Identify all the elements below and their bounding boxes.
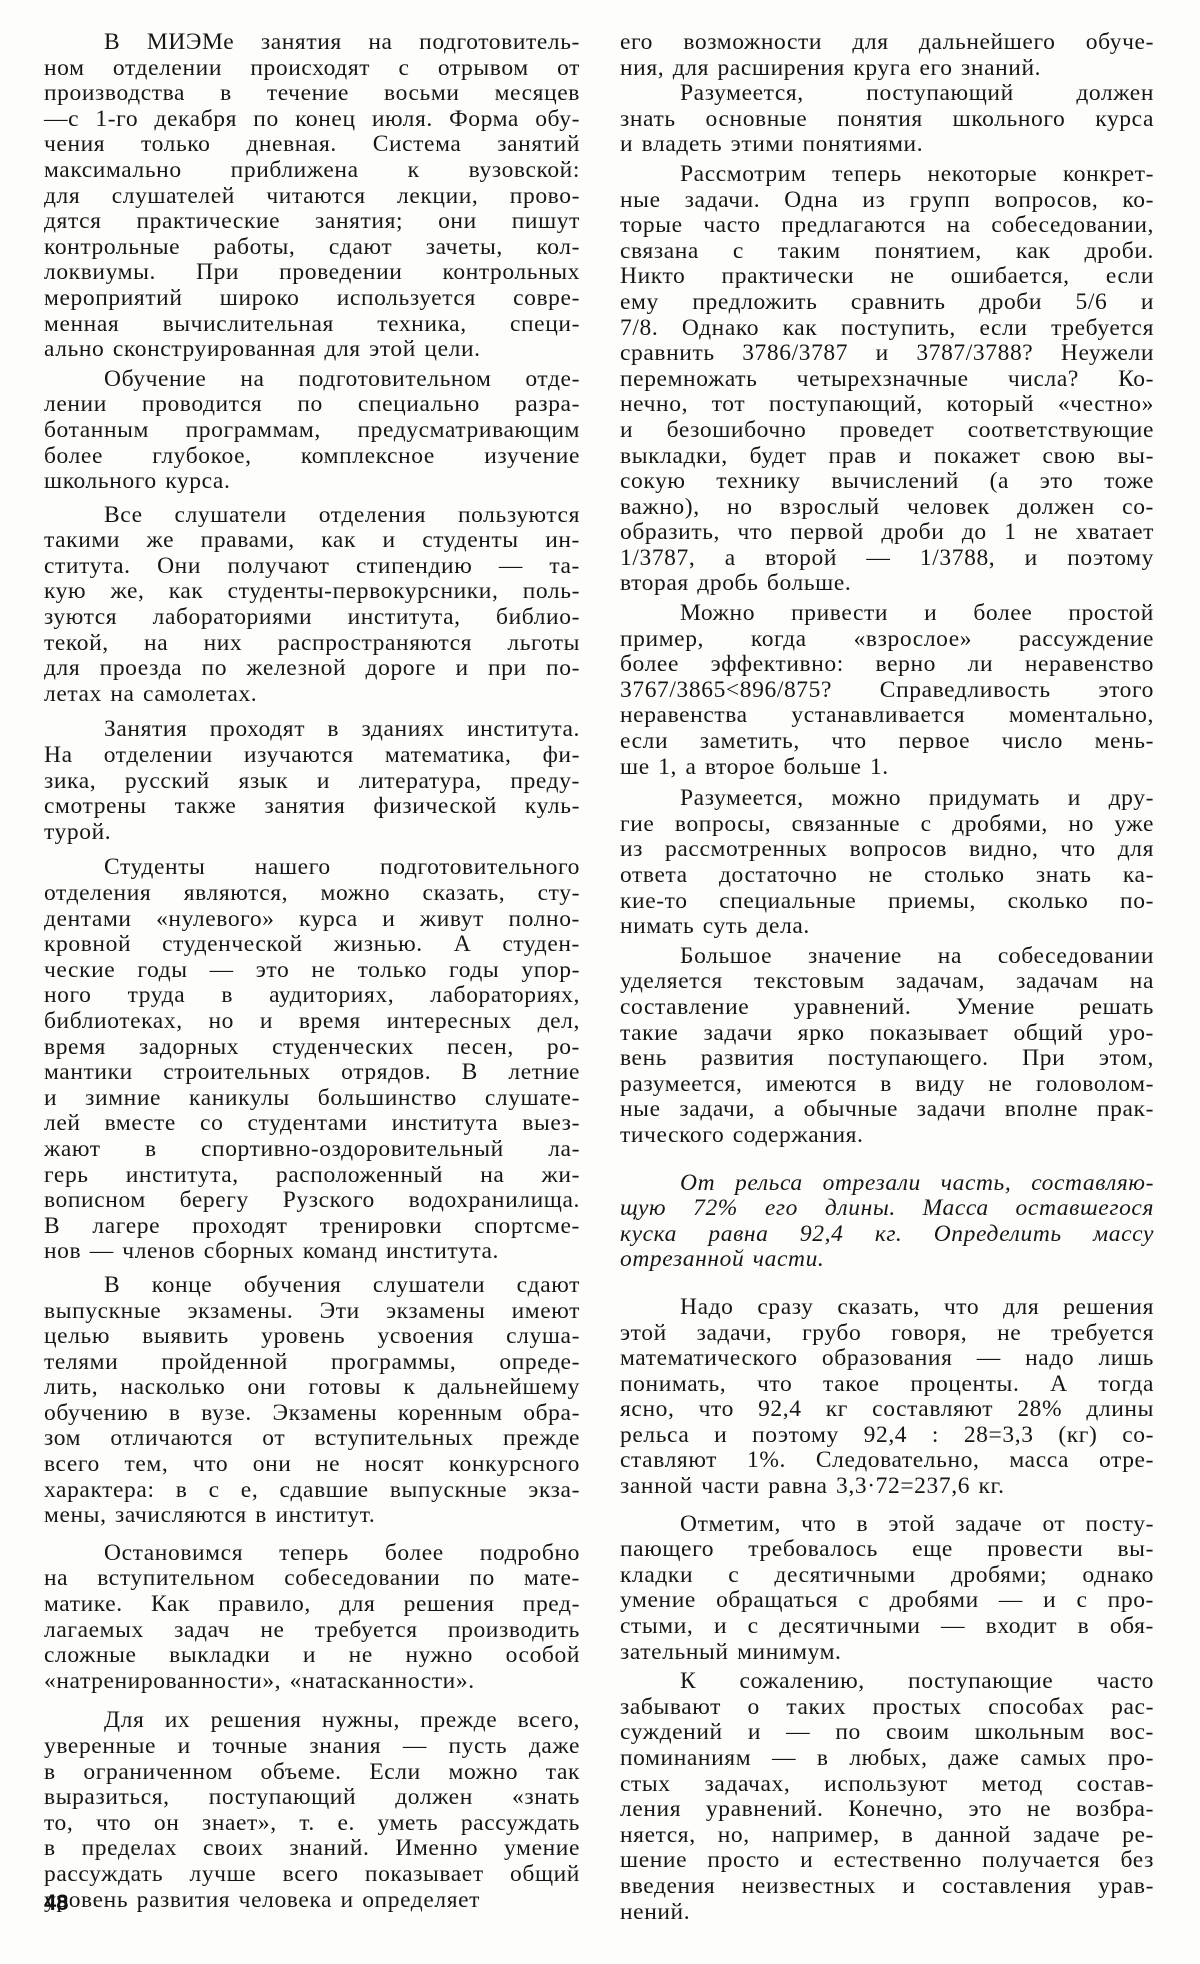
text-line: чения только дневная. Система занятий (44, 132, 580, 158)
text-line: в ограниченном объеме. Если можно так (44, 1760, 580, 1786)
text-line: Никто практически не ошибается, если (620, 264, 1154, 290)
text-line: матике. Как правило, для решения пред- (44, 1592, 580, 1618)
text-line: суждений и — по своим школьным вос- (620, 1720, 1154, 1746)
text-line: ные задачи, а обычные задачи вполне прак… (620, 1097, 1154, 1123)
text-line: ления уравнений. Конечно, это не возбра- (620, 1797, 1154, 1823)
text-line: ясно, что 92,4 кг составляют 28% длины (620, 1397, 1154, 1423)
text-line: обучению в вузе. Экзамены коренным обра- (44, 1401, 580, 1427)
text-line: ные задачи. Одна из групп вопросов, ко- (620, 188, 1154, 214)
text-line: ном отделении происходят с отрывом от (44, 56, 580, 82)
text-line: К сожалению, поступающие часто (620, 1669, 1154, 1695)
text-line: Разумеется, поступающий должен (620, 81, 1154, 107)
text-line: кровной студенческой жизнью. А студен- (44, 932, 580, 958)
text-line: его возможности для дальнейшего обуче- (620, 30, 1154, 56)
text-line: 3767/3865<896/875? Справедливость этого (620, 678, 1154, 704)
right-column: его возможности для дальнейшего обуче-ни… (620, 30, 1154, 1925)
text-line: связана с таким понятием, как дроби. (620, 239, 1154, 265)
text-line: Все слушатели отделения пользуются (44, 503, 580, 529)
paragraph: Студенты нашего подготовительногоотделен… (44, 855, 580, 1265)
text-line: От рельса отрезали часть, составляю- (620, 1171, 1154, 1197)
text-line: нов — членов сборных команд института. (44, 1239, 580, 1265)
text-line: нимать суть дела. (620, 914, 1154, 940)
text-line: стыми, и с десятичными — входит в обя- (620, 1614, 1154, 1640)
paragraph-gap (620, 1500, 1154, 1512)
text-line: 7/8. Однако как поступить, если требуетс… (620, 316, 1154, 342)
problem-statement: От рельса отрезали часть, составляю-щую … (620, 1171, 1154, 1273)
text-line: мены, зачисляются в институт. (44, 1503, 580, 1529)
text-line: Занятия проходят в зданиях института. (44, 717, 580, 743)
text-line: вописном берегу Рузского водохранилища. (44, 1188, 580, 1214)
paragraph-gap (620, 1273, 1154, 1295)
text-line: перемножать четырехзначные числа? Ко- (620, 367, 1154, 393)
text-line: куска равна 92,4 кг. Определить массу (620, 1222, 1154, 1248)
text-line: математического образования — надо лишь (620, 1346, 1154, 1372)
text-line: 1/3787, а второй — 1/3788, и поэтому (620, 546, 1154, 572)
text-line: важно), но взрослый человек должен со- (620, 495, 1154, 521)
paragraph: его возможности для дальнейшего обуче-ни… (620, 30, 1154, 81)
text-line: пример, когда «взрослое» рассуждение (620, 627, 1154, 653)
text-line: ческие годы — это не только годы упор- (44, 958, 580, 984)
text-line: зика, русский язык и литература, преду- (44, 769, 580, 795)
text-line: вторая дробь больше. (620, 571, 1154, 597)
text-line: и безошибочно проведет соответствующие (620, 418, 1154, 444)
text-line: телями пройденной программы, опреде- (44, 1350, 580, 1376)
text-line: поминаниям — в любых, даже самых про- (620, 1746, 1154, 1772)
text-line: стых задачах, используют метод состав- (620, 1772, 1154, 1798)
text-line: ше 1, а второе больше 1. (620, 755, 1154, 781)
text-line: летах на самолетах. (44, 682, 580, 708)
text-line: ного труда в аудиториях, лабораториях, (44, 983, 580, 1009)
text-line: ально сконструированная для этой цели. (44, 337, 580, 363)
paragraph: Все слушатели отделения пользуютсятакими… (44, 503, 580, 708)
text-line: Большое значение на собеседовании (620, 944, 1154, 970)
text-line: на вступительном собеседовании по мате- (44, 1566, 580, 1592)
text-line: выкладки, будет прав и покажет свою вы- (620, 444, 1154, 470)
text-line: Разумеется, можно придумать и дру- (620, 786, 1154, 812)
text-line: сложные выкладки и не нужно особой (44, 1643, 580, 1669)
text-line: школьного курса. (44, 469, 580, 495)
text-line: ботанным программам, предусматривающим (44, 418, 580, 444)
left-column: В МИЭМе занятия на подготовитель-ном отд… (44, 30, 580, 1913)
text-line: мантики строительных отрядов. В летние (44, 1060, 580, 1086)
paragraph: К сожалению, поступающие частозабывают о… (620, 1669, 1154, 1925)
text-line: менная вычислительная техника, специ- (44, 312, 580, 338)
paragraph-gap (44, 1694, 580, 1708)
text-line: зом отличаются от вступительных прежде (44, 1426, 580, 1452)
text-line: в пределах своих знаний. Именно умение (44, 1836, 580, 1862)
paragraph: В МИЭМе занятия на подготовитель-ном отд… (44, 30, 580, 363)
text-line: вень развития поступающего. При этом, (620, 1046, 1154, 1072)
text-line: В МИЭМе занятия на подготовитель- (44, 30, 580, 56)
text-line: Можно привести и более простой (620, 601, 1154, 627)
text-line: няется, но, например, в данной задаче ре… (620, 1823, 1154, 1849)
text-line: уверенные и точные знания — пусть даже (44, 1734, 580, 1760)
text-line: рельса и поэтому 92,4 : 28=3,3 (кг) со- (620, 1423, 1154, 1449)
text-line: Студенты нашего подготовительного (44, 855, 580, 881)
text-line: выпускные экзамены. Эти экзамены имеют (44, 1299, 580, 1325)
text-line: Надо сразу сказать, что для решения (620, 1295, 1154, 1321)
text-line: и зимние каникулы большинство слушате- (44, 1086, 580, 1112)
text-line: текой, на них распространяются льготы (44, 631, 580, 657)
text-line: ния, для расширения круга его знаний. (620, 56, 1154, 82)
text-line: дентами «нулевого» курса и живут полно- (44, 907, 580, 933)
text-line: для слушателей читаются лекции, прово- (44, 184, 580, 210)
text-line: производства в течение восьми месяцев (44, 81, 580, 107)
text-line: Для их решения нужны, прежде всего, (44, 1708, 580, 1734)
text-line: мероприятий широко используется совре- (44, 286, 580, 312)
text-line: Обучение на подготовительном отде- (44, 367, 580, 393)
text-line: уровень развития человека и определяет (44, 1888, 580, 1914)
text-line: лей вместе со студентами института выез- (44, 1111, 580, 1137)
text-line: составление уравнений. Умение решать (620, 995, 1154, 1021)
text-line: сокую технику вычислений (а это тоже (620, 469, 1154, 495)
text-line: этой задачи, грубо говоря, не требуется (620, 1321, 1154, 1347)
text-line: пающего требовалось еще провести вы- (620, 1537, 1154, 1563)
page-number: 48 (44, 1890, 68, 1916)
text-line: сравнить 3786/3787 и 3787/3788? Неужели (620, 341, 1154, 367)
text-line: более глубокое, комплексное изучение (44, 444, 580, 470)
paragraph-gap (620, 1149, 1154, 1171)
text-line: такими же правами, как и студенты ин- (44, 528, 580, 554)
paragraph: Остановимся теперь более подробнона всту… (44, 1541, 580, 1695)
text-line: введения неизвестных и составления урав- (620, 1874, 1154, 1900)
text-line: «натренированности», «натасканности». (44, 1669, 580, 1695)
text-line: отделения являются, можно сказать, сту- (44, 881, 580, 907)
text-line: занной части равна 3,3·72=237,6 кг. (620, 1474, 1154, 1500)
paragraph: Отметим, что в этой задаче от посту-пающ… (620, 1512, 1154, 1666)
text-line: тического содержания. (620, 1123, 1154, 1149)
text-line: умение обращаться с дробями — и с про- (620, 1588, 1154, 1614)
text-line: целью выявить уровень усвоения слуша- (44, 1324, 580, 1350)
paragraph: Разумеется, можно придумать и дру-гие во… (620, 786, 1154, 940)
text-line: турой. (44, 820, 580, 846)
text-line: если заметить, что первое число мень- (620, 729, 1154, 755)
text-line: смотрены также занятия физической куль- (44, 794, 580, 820)
text-line: такие задачи ярко показывает общий уро- (620, 1021, 1154, 1047)
paragraph: Надо сразу сказать, что для решенияэтой … (620, 1295, 1154, 1500)
text-line: зательный минимум. (620, 1640, 1154, 1666)
text-line: зуются лабораториями института, библио- (44, 605, 580, 631)
text-line: Отметим, что в этой задаче от посту- (620, 1512, 1154, 1538)
text-line: библиотеках, но и время интересных дел, (44, 1009, 580, 1035)
text-line: кие-то специальные приемы, сколько по- (620, 889, 1154, 915)
text-line: для проезда по железной дороге и при по- (44, 656, 580, 682)
text-line: неравенства устанавливается моментально, (620, 703, 1154, 729)
text-line: то, что он знает», т. е. уметь рассуждат… (44, 1811, 580, 1837)
text-line: и владеть этими понятиями. (620, 132, 1154, 158)
paragraph: Можно привести и более простойпример, ко… (620, 601, 1154, 780)
paragraph: В конце обучения слушатели сдаютвыпускны… (44, 1273, 580, 1529)
text-line: В конце обучения слушатели сдают (44, 1273, 580, 1299)
text-line: знать основные понятия школьного курса (620, 107, 1154, 133)
text-line: герь института, расположенный на жи- (44, 1163, 580, 1189)
text-line: отрезанной части. (620, 1247, 1154, 1273)
text-line: рассуждать лучше всего показывает общий (44, 1862, 580, 1888)
text-line: кую же, как студенты-первокурсники, поль… (44, 579, 580, 605)
text-line: забывают о таких простых способах рас- (620, 1695, 1154, 1721)
paragraph: Для их решения нужны, прежде всего,увере… (44, 1708, 580, 1913)
text-line: контрольные работы, сдают зачеты, кол- (44, 235, 580, 261)
paragraph: Рассмотрим теперь некоторые конкрет-ные … (620, 162, 1154, 597)
text-line: ститута. Они получают стипендию — та- (44, 554, 580, 580)
text-line: понимать, что такое проценты. А тогда (620, 1372, 1154, 1398)
text-line: дятся практические занятия; они пишут (44, 209, 580, 235)
text-line: гие вопросы, связанные с дробями, но уже (620, 812, 1154, 838)
text-line: нечно, тот поступающий, который «честно» (620, 392, 1154, 418)
text-line: лить, насколько они готовы к дальнейшему (44, 1375, 580, 1401)
text-line: ответа достаточно не столько знать ка- (620, 863, 1154, 889)
text-line: локвиумы. При проведении контрольных (44, 260, 580, 286)
text-line: из рассмотренных вопросов видно, что для (620, 837, 1154, 863)
text-line: характера: в с е, сдавшие выпускные экза… (44, 1478, 580, 1504)
text-line: Рассмотрим теперь некоторые конкрет- (620, 162, 1154, 188)
text-line: кладки с десятичными дробями; однако (620, 1563, 1154, 1589)
text-line: щую 72% его длины. Масса оставшегося (620, 1196, 1154, 1222)
text-line: уделяется текстовым задачам, задачам на (620, 969, 1154, 995)
text-line: лении проводится по специально разра- (44, 392, 580, 418)
text-line: время задорных студенческих песен, ро- (44, 1035, 580, 1061)
text-line: лагаемых задач не требуется производить (44, 1618, 580, 1644)
paragraph: Занятия проходят в зданиях института.На … (44, 717, 580, 845)
text-line: выразиться, поступающий должен «знать (44, 1785, 580, 1811)
text-line: —с 1-го декабря по конец июля. Форма обу… (44, 107, 580, 133)
text-line: более эффективно: верно ли неравенство (620, 652, 1154, 678)
text-line: образить, что первой дроби до 1 не хвата… (620, 520, 1154, 546)
text-line: В лагере проходят тренировки спортсме- (44, 1214, 580, 1240)
paragraph: Большое значение на собеседованииуделяет… (620, 944, 1154, 1149)
text-line: максимально приближена к вузовской: (44, 158, 580, 184)
text-line: торые часто предлагаются на собеседовани… (620, 213, 1154, 239)
text-line: всего тем, что они не носят конкурсного (44, 1452, 580, 1478)
text-line: жают в спортивно-оздоровительный ла- (44, 1137, 580, 1163)
text-line: ставляют 1%. Следовательно, масса отре- (620, 1448, 1154, 1474)
text-line: Остановимся теперь более подробно (44, 1541, 580, 1567)
text-line: ему предложить сравнить дроби 5/6 и (620, 290, 1154, 316)
text-line: шение просто и естественно получается бе… (620, 1848, 1154, 1874)
text-line: разумеется, имеются в виду не головолом- (620, 1072, 1154, 1098)
paragraph: Обучение на подготовительном отде-лении … (44, 367, 580, 495)
text-line: нений. (620, 1900, 1154, 1926)
text-line: На отделении изучаются математика, фи- (44, 743, 580, 769)
paragraph: Разумеется, поступающий должензнать осно… (620, 81, 1154, 158)
